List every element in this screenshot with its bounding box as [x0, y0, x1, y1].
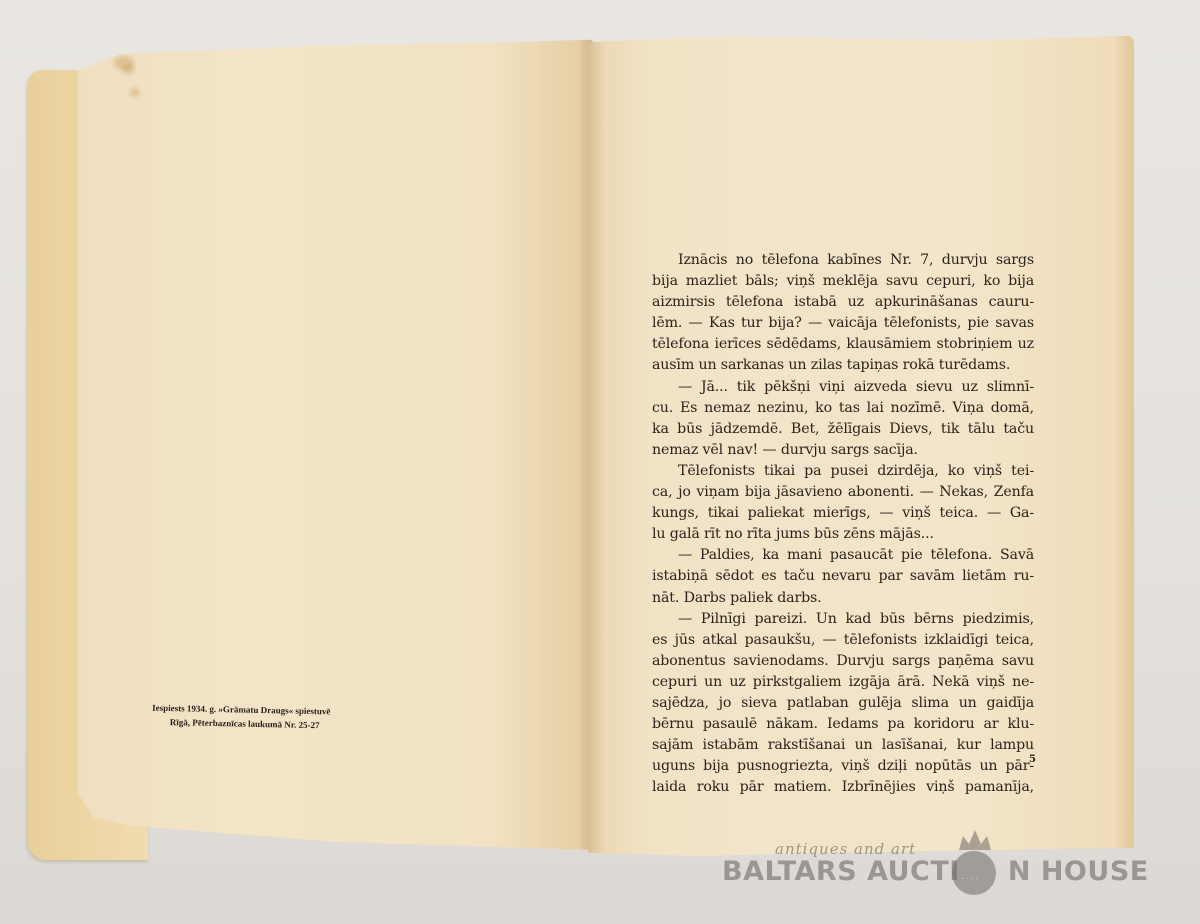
stain — [122, 64, 134, 74]
text-line: nāt. Darbs paliek darbs. — [652, 588, 1034, 609]
text-line: nemaz vēl nav! — durvju sargs sacīja. — [652, 440, 1034, 461]
text-line-content: nāt. Darbs paliek darbs. — [652, 588, 1034, 609]
brand-right: N HOUSE — [1008, 856, 1149, 887]
text-line-content: lu galā rīt no rīta jums būs zēns mājās.… — [652, 524, 1034, 545]
text-line: lēm. — Kas tur bija? — vaicāja tēlefonis… — [652, 313, 1034, 334]
text-line: aizmirsis tēlefona istabā uz apkurināšan… — [652, 292, 1034, 313]
text-line-content: kungs, tikai paliekat mierīgs, — viņš te… — [652, 503, 1034, 524]
text-line: ka būs jādzemdē. Bet, žēlīgais Dievs, ti… — [652, 419, 1034, 440]
text-line-content: ausīm un sarkanas un zilas tapiņas rokā … — [652, 355, 1034, 376]
text-line: abonentus savienodams. Durvju sargs paņē… — [652, 651, 1034, 672]
text-line-content: tēlefona ierīces sēdēdams, klausāmiem st… — [652, 334, 1034, 355]
text-line-content: cu. Es nemaz nezinu, ko tas lai nozīmē. … — [652, 398, 1034, 419]
text-line-content: abonentus savienodams. Durvju sargs paņē… — [652, 651, 1034, 672]
text-line-content: laida roku pār matiem. Izbrīnējies viņš … — [652, 777, 1034, 798]
text-line-content: — Paldies, ka mani pasaucāt pie tēlefona… — [678, 545, 1034, 566]
page-number: 5 — [1029, 754, 1036, 765]
text-line: ca, jo viņam bija jāsavieno abonenti. — … — [652, 482, 1034, 503]
text-line-content: istabiņā sēdot es taču nevaru par savām … — [652, 566, 1034, 587]
text-line: bērnu pasaulē nākam. Iedams pa koridoru … — [652, 714, 1034, 735]
printer-imprint: Iespiests 1934. g. »Grāmatu Draugs« spie… — [152, 701, 373, 734]
text-line-content: — Pilnīgi pareizi. Un kad būs bērns pied… — [678, 609, 1034, 630]
text-line-content: sajēdza, jo sieva patlaban gulēja slima … — [652, 693, 1034, 714]
text-line: istabiņā sēdot es taču nevaru par savām … — [652, 566, 1034, 587]
text-line-content: ca, jo viņam bija jāsavieno abonenti. — … — [652, 482, 1034, 503]
logo-dots: .... — [962, 872, 980, 881]
text-line-content: sajām istabām rakstīšanai un lasīšanai, … — [652, 735, 1034, 756]
text-line: uguns bija pusnogriezta, viņš dziļi nopū… — [652, 756, 1034, 777]
watermark-brand: BALTARS AUCTIN HOUSE — [722, 856, 1149, 887]
logo-circle-icon — [952, 851, 996, 895]
text-line-content: Iznācis no tēlefona kabīnes Nr. 7, durvj… — [678, 250, 1034, 271]
text-line-content: ka būs jādzemdē. Bet, žēlīgais Dievs, ti… — [652, 419, 1034, 440]
text-line: cepuri un uz pirkstgaliem izgāja ārā. Ne… — [652, 672, 1034, 693]
body-text: Iznācis no tēlefona kabīnes Nr. 7, durvj… — [652, 250, 1034, 798]
text-line: Tēlefonists tikai pa pusei dzirdēja, ko … — [652, 461, 1034, 482]
text-line: sajēdza, jo sieva patlaban gulēja slima … — [652, 693, 1034, 714]
text-line-content: bija mazliet bāls; viņš meklēja savu cep… — [652, 271, 1034, 292]
brand-left: BALTARS AUCTI — [722, 856, 960, 887]
text-line: — Pilnīgi pareizi. Un kad būs bērns pied… — [652, 609, 1034, 630]
text-line-content: nemaz vēl nav! — durvju sargs sacīja. — [652, 440, 1034, 461]
text-line: lu galā rīt no rīta jums būs zēns mājās.… — [652, 524, 1034, 545]
text-line: Iznācis no tēlefona kabīnes Nr. 7, durvj… — [652, 250, 1034, 271]
text-line-content: — Jā... tik pēkšņi viņi aizveda sievu uz… — [678, 377, 1034, 398]
text-line: tēlefona ierīces sēdēdams, klausāmiem st… — [652, 334, 1034, 355]
text-line-content: Tēlefonists tikai pa pusei dzirdēja, ko … — [678, 461, 1034, 482]
text-line-content: lēm. — Kas tur bija? — vaicāja tēlefonis… — [652, 313, 1034, 334]
text-line: — Paldies, ka mani pasaucāt pie tēlefona… — [652, 545, 1034, 566]
text-line: ausīm un sarkanas un zilas tapiņas rokā … — [652, 355, 1034, 376]
text-line-content: bērnu pasaulē nākam. Iedams pa koridoru … — [652, 714, 1034, 735]
text-line-content: cepuri un uz pirkstgaliem izgāja ārā. Ne… — [652, 672, 1034, 693]
text-line: cu. Es nemaz nezinu, ko tas lai nozīmē. … — [652, 398, 1034, 419]
text-line: bija mazliet bāls; viņš meklēja savu cep… — [652, 271, 1034, 292]
text-line: es jūs atkal pasaukšu, — tēlefonists izk… — [652, 630, 1034, 651]
text-line: — Jā... tik pēkšņi viņi aizveda sievu uz… — [652, 377, 1034, 398]
text-line-content: es jūs atkal pasaukšu, — tēlefonists izk… — [652, 630, 1034, 651]
text-line: sajām istabām rakstīšanai un lasīšanai, … — [652, 735, 1034, 756]
text-line-content: uguns bija pusnogriezta, viņš dziļi nopū… — [652, 756, 1034, 777]
text-line: laida roku pār matiem. Izbrīnējies viņš … — [652, 777, 1034, 798]
stain — [130, 88, 140, 97]
text-line: kungs, tikai paliekat mierīgs, — viņš te… — [652, 503, 1034, 524]
text-line-content: aizmirsis tēlefona istabā uz apkurināšan… — [652, 292, 1034, 313]
